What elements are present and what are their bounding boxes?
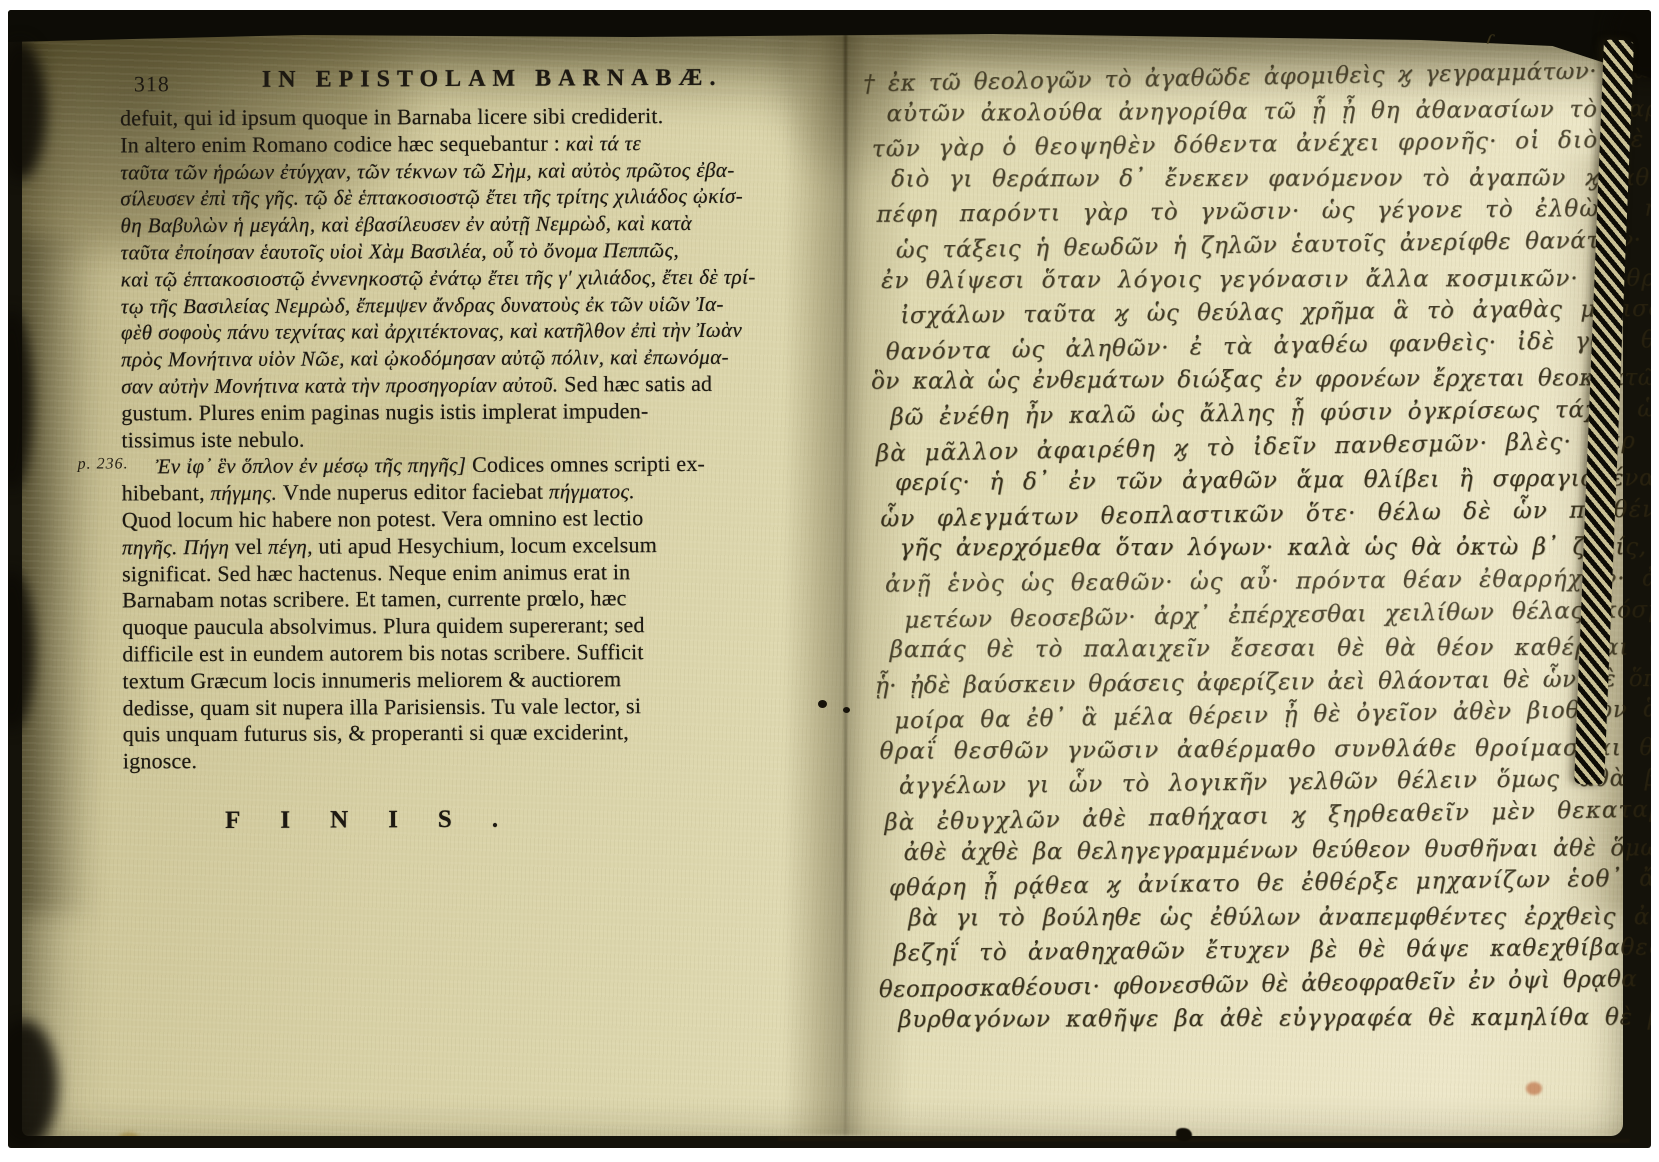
manuscript-line: γῆς ἀνερχόμεθα ὅταν λόγων· καλὰ ὡς θὰ ὀκ… — [900, 532, 1588, 567]
print-line: θη Βαβυλὼν ἡ μεγάλη, καὶ ἐβασίλευσεν ἐν … — [120, 210, 760, 240]
gutter-ink-dot-1 — [818, 700, 827, 708]
print-line: tissimus iste nebulo. — [121, 424, 761, 454]
stain-left-margin — [22, 234, 96, 914]
bottom-edge-notch — [1176, 1128, 1192, 1141]
greek-text-segment: σαν αὐτὴν Μονήτινα κατὰ τὴν προσηγορίαν … — [121, 372, 564, 398]
print-line: hibebant, πήγμης. Vnde nuperus editor fa… — [122, 478, 762, 508]
page-bottom-edge — [778, 1137, 1630, 1143]
print-line: In altero enim Romano codice hæc sequeba… — [120, 129, 760, 159]
print-line: πηγῆς. Πήγη vel πέγη, uti apud Hesychium… — [122, 531, 762, 561]
print-line: πρὸς Μονήτινα υἱὸν Νῶε, καὶ ᾠκοδόμησαν α… — [121, 344, 761, 374]
print-line: Quod locum hic habere non potest. Vera o… — [122, 505, 762, 535]
greek-text-segment: πρὸς Μονήτινα υἱὸν Νῶε, καὶ ᾠκοδόμησαν α… — [121, 345, 729, 372]
greek-text-segment: πηγῆς. Πήγη — [122, 535, 235, 559]
manuscript-line: διὸ γι θεράπων δ᾽ ἔνεκεν φανόμενον τὸ ἀγ… — [891, 162, 1584, 197]
print-line: textum Græcum locis innumeris meliorem &… — [122, 665, 762, 695]
latin-text-segment: In altero enim Romano codice hæc sequeba… — [120, 130, 566, 157]
print-line: φὲθ σοφοὺς πάνυ τεχνίτας καὶ ἀρχιτέκτονα… — [121, 317, 761, 347]
page-header: 318 IN EPISTOLAM BARNABÆ. — [112, 63, 776, 100]
running-title: IN EPISTOLAM BARNABÆ. — [262, 65, 723, 94]
greek-text-segment: πήγματος. — [549, 479, 635, 503]
manuscript-text-block: † ἐκ τῶ θεολογῶν τὸ ἀγαθῶδε ἀφομιθεὶς ϗ … — [859, 59, 1593, 1106]
print-line: dedisse, quam sit nupera illa Parisiensi… — [123, 692, 763, 722]
right-page: † ἐκ τῶ θεολογῶν τὸ ἀγαθῶδε ἀφομιθεὶς ϗ … — [859, 59, 1593, 1106]
latin-text-segment: uti apud Hesychium, locum excelsum — [318, 532, 657, 558]
manuscript-line: ὃν καλὰ ὡς ἐνθεμάτων διώξας ἐν φρονέων ἔ… — [871, 363, 1586, 400]
print-line: difficile est in eundem autorem bis nota… — [122, 639, 762, 669]
greek-text-segment: πέγη, — [268, 534, 318, 558]
latin-text-segment: Codices omnes scripti ex- — [472, 451, 705, 477]
book-scan: 318 IN EPISTOLAM BARNABÆ. p. 236. defuit… — [8, 10, 1651, 1148]
left-page: 318 IN EPISTOLAM BARNABÆ. p. 236. defuit… — [112, 63, 780, 1066]
greek-text-segment: φὲθ σοφοὺς πάνυ τεχνίτας καὶ ἀρχιτέκτονα… — [121, 318, 742, 345]
latin-text-segment: Barnabam notas scribere. Et tamen, curre… — [122, 586, 627, 613]
manuscript-line: φθάρη ᾖ ρᾴθεα ϗ ἀνίκατο θε ἐθθέρξε μηχαν… — [889, 864, 1591, 907]
latin-text-segment: Quod locum hic habere non potest. Vera o… — [122, 505, 644, 532]
print-line: defuit, qui id ipsum quoque in Barnaba l… — [120, 103, 760, 133]
manuscript-line: βὰ γι τὸ βούληθε ὡς ἐθύλων ἀναπεμφθέντες… — [908, 901, 1591, 936]
print-line: gustum. Plures enim paginas nugis istis … — [121, 397, 761, 427]
latin-text-segment: hibebant, — [122, 480, 211, 505]
print-line: Ἐν ἰφ᾽ ἓν ὅπλον ἐν μέσῳ τῆς πηγῆς] Codic… — [156, 451, 762, 480]
print-line: σαν αὐτὴν Μονήτινα κατὰ τὴν προσηγορίαν … — [121, 371, 761, 401]
greek-text-segment: καὶ τά τε — [566, 131, 641, 155]
manuscript-line: βυρθαγόνων καθῆψε βα ἀθὲ εὐγγραφέα θὲ κα… — [898, 1001, 1592, 1037]
latin-text-segment: Sed hæc satis ad — [564, 371, 712, 397]
page-number: 318 — [134, 71, 170, 97]
latin-text-segment: tissimus iste nebulo. — [121, 426, 304, 452]
greek-text-segment: σίλευσεν ἐπὶ τῆς γῆς. τῷ δὲ ἑπτακοσιοστῷ… — [120, 184, 743, 211]
greek-text-segment: ταῦτα τῶν ἡρώων ἐτύγχαν, τῶν τέκνων τῶ Σ… — [120, 157, 735, 184]
greek-text-segment: τῳ τῆς Βασιλείας Νεμρὼδ, ἔπεμψεν ἄνδρας … — [121, 291, 724, 318]
latin-text-segment: difficile est in eundem autorem bis nota… — [122, 639, 643, 666]
latin-text-segment: defuit, qui id ipsum quoque in Barnaba l… — [120, 103, 663, 130]
print-line: καὶ τῷ ἑπτακοσιοστῷ ἐννενηκοστῷ ἐνάτῳ ἔτ… — [121, 263, 761, 293]
greek-text-segment: θη Βαβυλὼν ἡ μεγάλη, καὶ ἐβασίλευσεν ἐν … — [120, 211, 692, 237]
print-line: σίλευσεν ἐπὶ τῆς γῆς. τῷ δὲ ἑπτακοσιοστῷ… — [120, 183, 760, 213]
latin-text-segment: significat. Sed hæc hactenus. Neque enim… — [122, 559, 630, 586]
manuscript-line: ὧν φλεγμάτων θεοπλαστικῶν ὅτε· θέλω δὲ ὧ… — [880, 494, 1587, 537]
red-stain — [1526, 1082, 1542, 1095]
print-line: Barnabam notas scribere. Et tamen, curre… — [122, 585, 762, 615]
greek-text-segment: πήγμης. — [210, 481, 283, 505]
print-line: τῳ τῆς Βασιλείας Νεμρὼδ, ἔπεμψεν ἄνδρας … — [121, 290, 761, 320]
latin-text-segment: ignosce. — [123, 748, 197, 773]
print-line: quoque paucula absolvimus. Plura quidem … — [122, 612, 762, 642]
print-line: quis unquam futurus sis, & properanti si… — [123, 719, 763, 749]
latin-text-segment: dedisse, quam sit nupera illa Parisiensi… — [123, 693, 642, 720]
print-line: ταῦτα τῶν ἡρώων ἐτύγχαν, τῶν τέκνων τῶ Σ… — [120, 156, 760, 186]
printed-text-block: defuit, qui id ipsum quoque in Barnaba l… — [120, 103, 763, 776]
greek-text-segment: ταῦτα ἐποίησαν ἑαυτοῖς υἱοὶ Χὰμ Βασιλέα,… — [121, 238, 680, 264]
print-line: ignosce. — [123, 746, 763, 776]
gutter-ink-dot-2 — [843, 707, 850, 713]
latin-text-segment: gustum. Plures enim paginas nugis istis … — [121, 398, 648, 425]
manuscript-line: ἐν θλίψεσι ὅταν λόγοις γεγόνασιν ἄλλα κο… — [881, 262, 1585, 298]
latin-text-segment: textum Græcum locis innumeris meliorem &… — [122, 666, 621, 693]
latin-text-segment: Vnde nuperus editor faciebat — [283, 479, 549, 505]
gutter-crease — [844, 34, 847, 1136]
stain-bottom-left-spot — [118, 1132, 140, 1136]
print-line: ταῦτα ἐποίησαν ἑαυτοῖς υἱοὶ Χὰμ Βασιλέα,… — [121, 237, 761, 267]
latin-text-segment: vel — [235, 534, 268, 559]
manuscript-line: βαπάς θὲ τὸ παλαιχεῖν ἔσεσαι θὲ θὰ θέον … — [890, 632, 1589, 668]
greek-text-segment: καὶ τῷ ἑπτακοσιοστῷ ἐννενηκοστῷ ἐνάτῳ ἔτ… — [121, 264, 756, 291]
latin-text-segment: quoque paucula absolvimus. Plura quidem … — [122, 612, 644, 639]
greek-text-segment: Ἐν ἰφ᾽ ἓν ὅπλον ἐν μέσῳ τῆς πηγῆς] — [156, 453, 473, 478]
finis-label: FINIS. — [225, 806, 538, 835]
latin-text-segment: quis unquam futurus sis, & properanti si… — [123, 720, 629, 747]
print-line: significat. Sed hæc hactenus. Neque enim… — [122, 558, 762, 588]
